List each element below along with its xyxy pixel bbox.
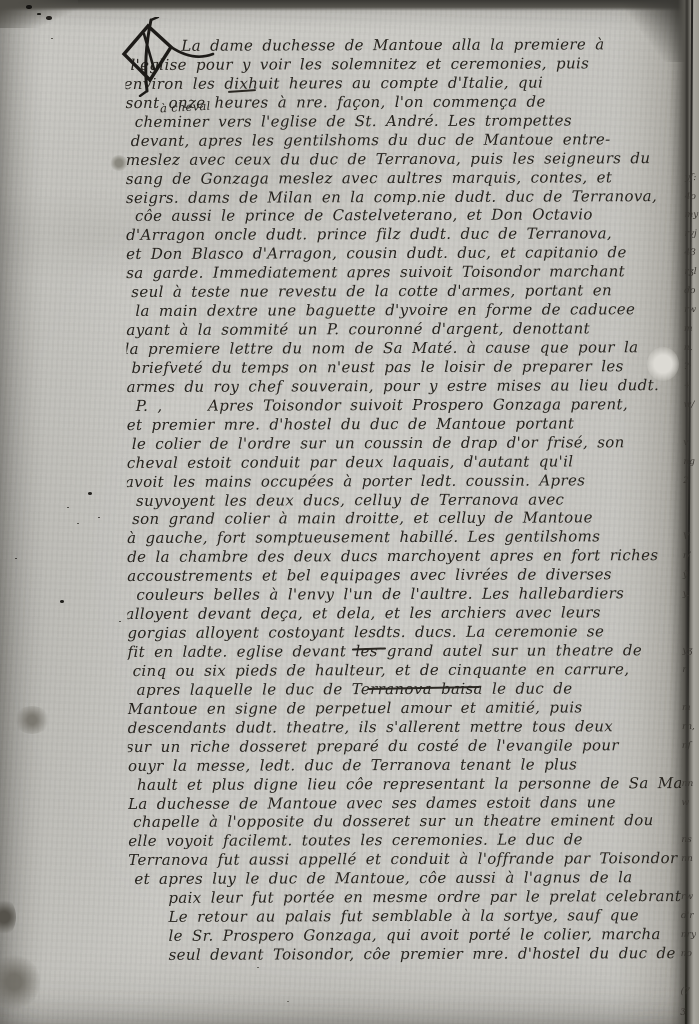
- manuscript-line: à gauche, fort somptueusement habillé. L…: [127, 527, 680, 548]
- manuscript-line: et premier mre. d'hostel du duc de Manto…: [127, 414, 680, 435]
- manuscript-line: Le retour au palais fut semblable à la s…: [168, 906, 681, 927]
- paper-repair-patch: [647, 347, 679, 381]
- text-fragment: [683, 415, 698, 434]
- text-fragment: [685, 74, 699, 93]
- manuscript-line: sur un riche dosseret preparé du costé d…: [126, 736, 681, 757]
- manuscript-line: descendants dudt. theatre, ils s'alleren…: [128, 717, 681, 738]
- text-fragment: [681, 812, 696, 831]
- manuscript-line: cheminer vers l'eglise de St. André. Les…: [135, 111, 679, 132]
- manuscript-line: ouyr la messe, ledt. duc de Terranova te…: [128, 755, 681, 776]
- manuscript-line: le Sr. Prospero Gonzaga, qui avoit porté…: [168, 925, 681, 946]
- text-fragment: 43: [684, 244, 699, 263]
- text-fragment: [681, 869, 696, 888]
- text-fragment: rw: [684, 301, 699, 320]
- text-fragment: nn: [681, 850, 696, 869]
- manuscript-line: ayant à la sommité un P. couronné d'arge…: [126, 319, 679, 340]
- text-fragment: v: [683, 434, 698, 453]
- manuscript-line: P. , Apres Toisondor suivoit Prospero Go…: [136, 395, 680, 416]
- manuscript-line: seigrs. dams de Milan en la comp.nie dud…: [126, 187, 679, 208]
- text-fragment: [685, 55, 699, 74]
- manuscript-line: seul à teste nue revestu de la cotte d'a…: [131, 281, 679, 302]
- manuscript-line: elle voyoit facilemt. toutes les ceremon…: [128, 830, 681, 851]
- text-fragment: ns: [681, 831, 696, 850]
- text-fragment: w/: [684, 396, 699, 415]
- interlinear-insertion: à cheval: [160, 99, 211, 116]
- manuscript-line: briefveté du temps on n'eust pas le lois…: [132, 357, 680, 378]
- text-fragment: do: [684, 282, 699, 301]
- text-fragment: [685, 131, 699, 150]
- manuscript-line: La duchesse de Mantoue avec ses dames es…: [128, 793, 681, 814]
- manuscript-line: gorgias alloyent costoyant lesdts. ducs.…: [127, 622, 680, 643]
- text-fragment: d'r: [681, 907, 696, 926]
- text-fragment: nſ: [682, 737, 697, 756]
- scan-backing-top: [0, 0, 699, 11]
- manuscript-line: paix leur fut portée en mesme ordre par …: [168, 887, 681, 908]
- manuscript-line: armes du roy chef souverain, pour y estr…: [127, 376, 680, 397]
- manuscript-line: devant, apres les gentilshoms du duc de …: [131, 130, 679, 151]
- text-fragment: y.: [683, 585, 698, 604]
- manuscript-line: accoustrements et bel equipages avec liv…: [127, 565, 680, 586]
- ink-specks: [0, 0, 4, 3]
- text-fragment: [683, 604, 698, 623]
- manuscript-line: fit en ladte. eglise devant les grand au…: [127, 641, 680, 662]
- text-fragment: ʒ: [680, 1002, 695, 1021]
- text-fragment: my: [685, 206, 699, 225]
- text-fragment: [683, 490, 698, 509]
- manuscript-line: et Don Blasco d'Arragon, cousin dudt. du…: [126, 243, 679, 264]
- text-fragment: [682, 623, 697, 642]
- manuscript-line: d'Arragon oncle dudt. prince filz dudt. …: [126, 224, 679, 245]
- manuscript-line: chapelle à l'opposite du dosseret sur un…: [133, 811, 681, 832]
- manuscript-line: cinq ou six pieds de haulteur, et de cin…: [133, 660, 681, 681]
- text-fragment: (7: [681, 983, 696, 1002]
- text-fragment: 2: [683, 472, 698, 491]
- manuscript-line: hault et plus digne lieu côe representan…: [137, 774, 681, 795]
- text-fragment: m: [684, 320, 699, 339]
- manuscript-line: Terranova fut aussi appellé et conduit à…: [128, 849, 681, 870]
- text-fragment: [685, 112, 699, 131]
- text-fragment: m: [682, 699, 697, 718]
- text-fragment: yʒ: [682, 642, 697, 661]
- manuscript-line: meslez avec ceux du duc de Terranova, pu…: [126, 149, 679, 170]
- text-fragment: rʒl: [684, 263, 699, 282]
- text-fragment: [682, 756, 697, 775]
- text-fragment: n.: [684, 339, 699, 358]
- manuscript-line: Mantoue en signe de perpetuel amour et a…: [128, 698, 681, 719]
- manuscript-line: avoit les mains occupées à porter ledt. …: [125, 471, 680, 492]
- text-fragment: ?:: [684, 358, 699, 377]
- text-fragment: r/: [683, 547, 698, 566]
- text-fragment: [685, 36, 699, 55]
- manuscript-line: de la chambre des deux ducs marchoyent a…: [127, 546, 680, 567]
- manuscript-line: cheval estoit conduit par deux laquais, …: [127, 452, 680, 473]
- manuscript-line: sa garde. Immediatement apres suivoit To…: [126, 262, 679, 283]
- manuscript-line: et apres luy le duc de Mantoue, côe auss…: [134, 868, 681, 889]
- manuscript-line: la main dextre une baguette d'yvoire en …: [135, 300, 679, 321]
- manuscript-line: son grand colier à main droitte, et cell…: [132, 508, 680, 529]
- text-fragment: 4o: [685, 187, 699, 206]
- text-fragment: V: [683, 528, 698, 547]
- text-fragment: yſ:: [685, 169, 699, 188]
- manuscript-line: le colier de l'ordre sur un coussin de d…: [132, 433, 680, 454]
- manuscript-text: La dame duchesse de Mantoue alla la prem…: [125, 35, 681, 965]
- manuscript-line: côe aussi le prince de Castelveterano, e…: [135, 205, 679, 226]
- text-fragment: [683, 509, 698, 528]
- manuscript-line: apres laquelle le duc de Terranova baisa…: [137, 679, 681, 700]
- text-fragment: [685, 93, 699, 112]
- ink-blot: [14, 706, 50, 734]
- scan-backing-corner: [0, 0, 78, 28]
- text-fragment: nry: [681, 926, 696, 945]
- manuscript-line: la premiere lettre du nom de Sa Maté. à …: [125, 338, 679, 359]
- manuscript-line: seul devant Toisondor, côe premier mre. …: [169, 944, 682, 965]
- text-fragment: no: [681, 945, 696, 964]
- text-fragment: r: [682, 661, 697, 680]
- text-fragment: rvj: [684, 225, 699, 244]
- corner-ink-marks: [26, 5, 32, 9]
- text-fragment: nn: [682, 775, 697, 794]
- manuscript-line: alloyent devant deça, et dela, et les ar…: [125, 603, 680, 624]
- text-fragment: [681, 964, 696, 983]
- manuscript-line: suyvoyent les deux ducs, celluy de Terra…: [136, 490, 680, 511]
- text-fragment: w: [682, 793, 697, 812]
- text-fragment: +: [684, 377, 699, 396]
- text-fragment: [685, 150, 699, 169]
- manuscript-scan: à cheval La dame duchesse de Mantoue all…: [0, 0, 699, 1024]
- manuscript-line: sang de Gonzaga meslez avec aultres marq…: [126, 168, 679, 189]
- text-fragment: ng: [683, 453, 698, 472]
- text-fragment: [682, 680, 697, 699]
- text-fragment: ŷ: [683, 566, 698, 585]
- text-fragment: rw: [681, 888, 696, 907]
- paraph-icon: [114, 17, 218, 101]
- manuscript-line: couleurs belles à l'envy l'un de l'aultr…: [136, 584, 680, 605]
- text-fragment: rn,: [682, 718, 697, 737]
